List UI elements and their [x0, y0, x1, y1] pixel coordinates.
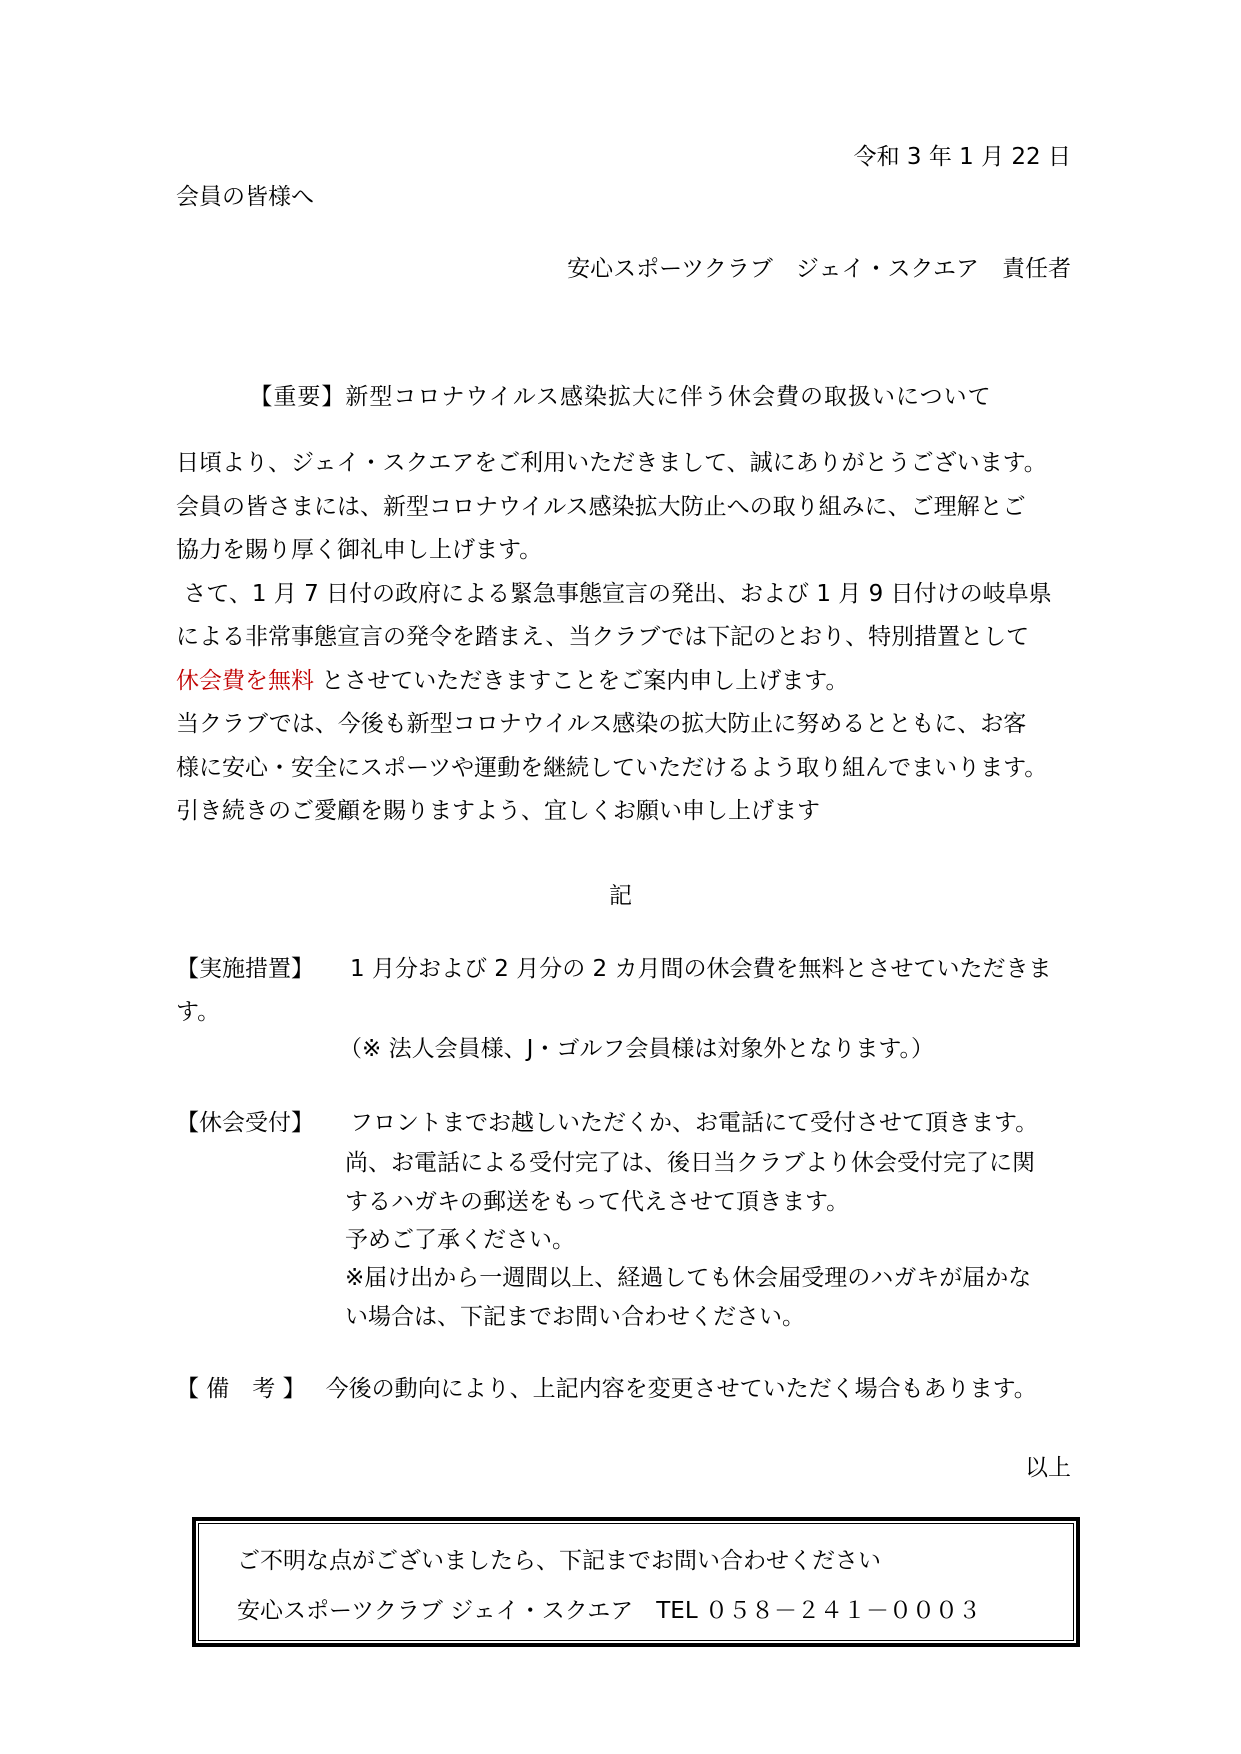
document-title: 【重要】新型コロナウイルス感染拡大に伴う休会費の取扱いについて [0, 386, 1241, 409]
highlighted-free-fee-text: 休会費を無料 [176, 668, 314, 694]
body-line: 会員の皆さまには、新型コロナウイルス感染拡大防止への取り組みに、ご理解とご [176, 496, 1076, 540]
jisshi-sochi-line-2: す。 [176, 1001, 1096, 1024]
jisshi-sochi-label: 【実施措置】 [176, 958, 314, 981]
recipient-line: 会員の皆様へ [176, 186, 314, 209]
jisshi-sochi-text: 1 月分および 2 月分の 2 カ月間の休会費を無料とさせていただきま [350, 956, 1051, 982]
kyukai-cont-line: 予めご了承ください。 [345, 1229, 1105, 1252]
kyukai-uketsuke-label: 【休会受付】 [176, 1112, 314, 1135]
jisshi-sochi-line-1: 【実施措置】1 月分および 2 月分の 2 カ月間の休会費を無料とさせていただき… [176, 958, 1096, 981]
kyukai-cont-line: ※届け出から一週間以上、経過しても休会届受理のハガキが届かな [345, 1267, 1105, 1290]
document-date: 令和 3 年 1 月 22 日 [854, 146, 1071, 169]
document-page: 令和 3 年 1 月 22 日 会員の皆様へ 安心スポーツクラブ ジェイ・スクエ… [0, 0, 1241, 1754]
body-line: による非常事態宣言の発令を踏まえ、当クラブでは下記のとおり、特別措置として [176, 626, 1076, 670]
kyukai-cont-line: い場合は、下記までお問い合わせください。 [345, 1306, 1105, 1329]
contact-box-line-1: ご不明な点がございましたら、下記までお問い合わせください [237, 1550, 881, 1573]
sender-line: 安心スポーツクラブ ジェイ・スクエア 責任者 [567, 258, 1071, 281]
body-line: 引き続きのご愛顧を賜りますよう、宜しくお願い申し上げます [176, 800, 1076, 844]
contact-box: ご不明な点がございましたら、下記までお問い合わせください 安心スポーツクラブ ジ… [192, 1517, 1080, 1647]
body-line: さて、1 月 7 日付の政府による緊急事態宣言の発出、および 1 月 9 日付け… [176, 583, 1076, 627]
biko-text: 今後の動向により、上記内容を変更させていただく場合もあります。 [326, 1376, 1037, 1402]
kyukai-uketsuke-line-1: 【休会受付】フロントまでお越しいただくか、お電話にて受付させて頂きます。 [176, 1112, 1096, 1135]
body-line-rest: とさせていただきますことをご案内申し上げます。 [314, 668, 848, 694]
contact-box-inner-border: ご不明な点がございましたら、下記までお問い合わせください 安心スポーツクラブ ジ… [198, 1523, 1074, 1641]
jisshi-sochi-note: （※ 法人会員様、J・ゴルフ会員様は対象外となります。） [339, 1038, 934, 1061]
biko-label: 【 備 考 】 [176, 1378, 306, 1401]
body-line: 協力を賜り厚く御礼申し上げます。 [176, 539, 1076, 583]
kyukai-uketsuke-text: フロントまでお越しいただくか、お電話にて受付させて頂きます。 [350, 1110, 1038, 1136]
body-line: 様に安心・安全にスポーツや運動を継続していただけるよう取り組んでまいります。 [176, 757, 1076, 801]
body-line: 当クラブでは、今後も新型コロナウイルス感染の拡大防止に努めるとともに、お客 [176, 713, 1076, 757]
closing-ijou: 以上 [1025, 1457, 1071, 1480]
body-line-with-highlight: 休会費を無料 とさせていただきますことをご案内申し上げます。 [176, 670, 1076, 714]
body-paragraphs: 日頃より、ジェイ・スクエアをご利用いただきまして、誠にありがとうございます。 会… [176, 452, 1076, 844]
kyukai-cont-line: するハガキの郵送をもって代えさせて頂きます。 [345, 1191, 1105, 1214]
contact-box-line-2: 安心スポーツクラブ ジェイ・スクエア TEL ０５８－２４１－０００３ [237, 1600, 981, 1623]
biko-line: 【 備 考 】今後の動向により、上記内容を変更させていただく場合もあります。 [176, 1378, 1096, 1401]
ki-marker: 記 [0, 885, 1241, 908]
body-line: 日頃より、ジェイ・スクエアをご利用いただきまして、誠にありがとうございます。 [176, 452, 1076, 496]
kyukai-cont-line: 尚、お電話による受付完了は、後日当クラブより休会受付完了に関 [345, 1152, 1105, 1175]
